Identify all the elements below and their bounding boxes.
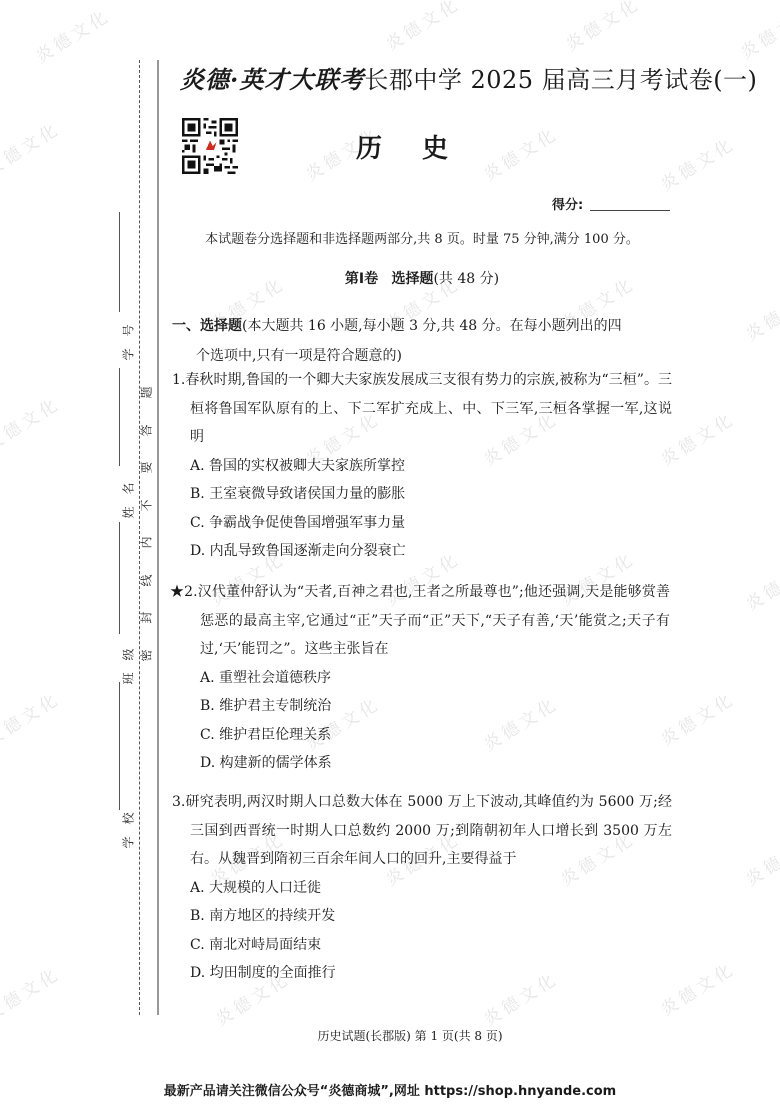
score-label: 得分: — [552, 194, 583, 213]
seal-char: 密 — [138, 649, 155, 661]
watermark: 炎德文化 — [30, 2, 114, 68]
watermark: 炎德文化 — [0, 390, 64, 456]
exam-name: 长郡中学 2025 届高三月考试卷(一) — [364, 66, 757, 94]
question-text: 研究表明,两汉时期人口总数大体在 5000 万上下波动,其峰值约为 5600 万… — [185, 794, 672, 867]
question-stem: 3.研究表明,两汉时期人口总数大体在 5000 万上下波动,其峰值约为 5600… — [172, 788, 672, 874]
name-blank-line — [119, 368, 120, 466]
watermark: 炎德文化 — [0, 115, 64, 181]
seal-char: 线 — [138, 574, 155, 586]
seal-char: 内 — [138, 536, 155, 548]
margin-rule — [157, 60, 159, 1015]
seal-char: 封 — [138, 611, 155, 623]
question-stem: ★2.汉代董仲舒认为“天者,百神之君也,王者之所最尊也”;他还强调,天是能够赏善… — [170, 578, 670, 664]
part-name: 选择题 — [391, 271, 433, 287]
name-label: 姓名 — [120, 470, 137, 518]
option-d[interactable]: D. 构建新的儒学体系 — [170, 749, 670, 778]
option-b[interactable]: B. 南方地区的持续开发 — [172, 902, 672, 931]
promo-banner: 最新产品请关注微信公众号“炎德商城”,网址 https://shop.hnyan… — [0, 1080, 780, 1099]
watermark: 炎德文化 — [0, 960, 64, 1026]
seal-char: 不 — [138, 499, 155, 511]
seal-char: 答 — [138, 424, 155, 436]
question-text: 汉代董仲舒认为“天者,百神之君也,王者之所最尊也”;他还强调,天是能够赏善惩恶的… — [198, 584, 670, 657]
option-a[interactable]: A. 鲁国的实权被卿大夫家族所掌控 — [172, 452, 672, 481]
student-id-label: 学号 — [120, 312, 137, 360]
question-text: 春秋时期,鲁国的一个卿大夫家族发展成三支很有势力的宗族,被称为“三桓”。三桓将鲁… — [185, 372, 672, 445]
option-c[interactable]: C. 南北对峙局面结束 — [172, 931, 672, 960]
school-blank-line — [119, 682, 120, 810]
option-c[interactable]: C. 争霸战争促使鲁国增强军事力量 — [172, 509, 672, 538]
seal-char: 题 — [138, 386, 155, 398]
brand-name: 炎德·英才大联考 — [180, 65, 364, 94]
option-a[interactable]: A. 重塑社会道德秩序 — [170, 664, 670, 693]
question-1: 1.春秋时期,鲁国的一个卿大夫家族发展成三支很有势力的宗族,被称为“三桓”。三桓… — [172, 366, 672, 566]
question-number: 1. — [172, 372, 185, 388]
watermark: 炎德文化 — [740, 825, 780, 891]
student-id-line — [119, 212, 120, 312]
exam-title: 炎德·英才大联考长郡中学 2025 届高三月考试卷(一) — [180, 60, 757, 95]
question-stem: 1.春秋时期,鲁国的一个卿大夫家族发展成三支很有势力的宗族,被称为“三桓”。三桓… — [172, 366, 672, 452]
option-a[interactable]: A. 大规模的人口迁徙 — [172, 874, 672, 903]
score-blank[interactable] — [590, 210, 670, 211]
watermark: 炎德文化 — [740, 280, 780, 346]
watermark: 炎德文化 — [0, 685, 64, 751]
exam-instructions: 本试题卷分选择题和非选择题两部分,共 8 页。时量 75 分钟,满分 100 分… — [172, 228, 672, 247]
option-c[interactable]: C. 维护君臣伦理关系 — [170, 721, 670, 750]
option-b[interactable]: B. 维护君主专制统治 — [170, 692, 670, 721]
section-heading: 一、选择题(本大题共 16 小题,每小题 3 分,共 48 分。在每小题列出的四… — [172, 311, 672, 371]
question-number: 3. — [172, 794, 185, 810]
watermark: 炎德文化 — [740, 550, 780, 616]
watermark: 炎德文化 — [735, 0, 780, 63]
part-heading: 第Ⅰ卷 选择题(共 48 分) — [172, 268, 672, 288]
watermark: 炎德文化 — [560, 0, 644, 55]
option-b[interactable]: B. 王室衰微导致诸侯国力量的膨胀 — [172, 480, 672, 509]
question-3: 3.研究表明,两汉时期人口总数大体在 5000 万上下波动,其峰值约为 5600… — [172, 788, 672, 988]
star-icon: ★ — [170, 584, 184, 600]
option-d[interactable]: D. 均田制度的全面推行 — [172, 959, 672, 988]
class-blank-line — [119, 522, 120, 634]
page-footer: 历史试题(长郡版) 第 1 页(共 8 页) — [0, 1027, 780, 1044]
section-instruction: (本大题共 16 小题,每小题 3 分,共 48 分。在每小题列出的四 — [242, 318, 622, 334]
class-label: 班级 — [120, 636, 137, 684]
option-d[interactable]: D. 内乱导致鲁国逐渐走向分裂衰亡 — [172, 537, 672, 566]
question-number: 2. — [184, 584, 197, 600]
subject-title: 历史 — [172, 128, 672, 165]
part-label: 第Ⅰ卷 — [345, 271, 378, 287]
school-label: 学校 — [120, 800, 137, 848]
question-2: ★2.汉代董仲舒认为“天者,百神之君也,王者之所最尊也”;他还强调,天是能够赏善… — [170, 578, 670, 778]
watermark: 炎德文化 — [380, 0, 464, 55]
section-label: 一、选择题 — [172, 318, 242, 334]
seal-char: 要 — [138, 461, 155, 473]
part-points: (共 48 分) — [433, 271, 499, 287]
